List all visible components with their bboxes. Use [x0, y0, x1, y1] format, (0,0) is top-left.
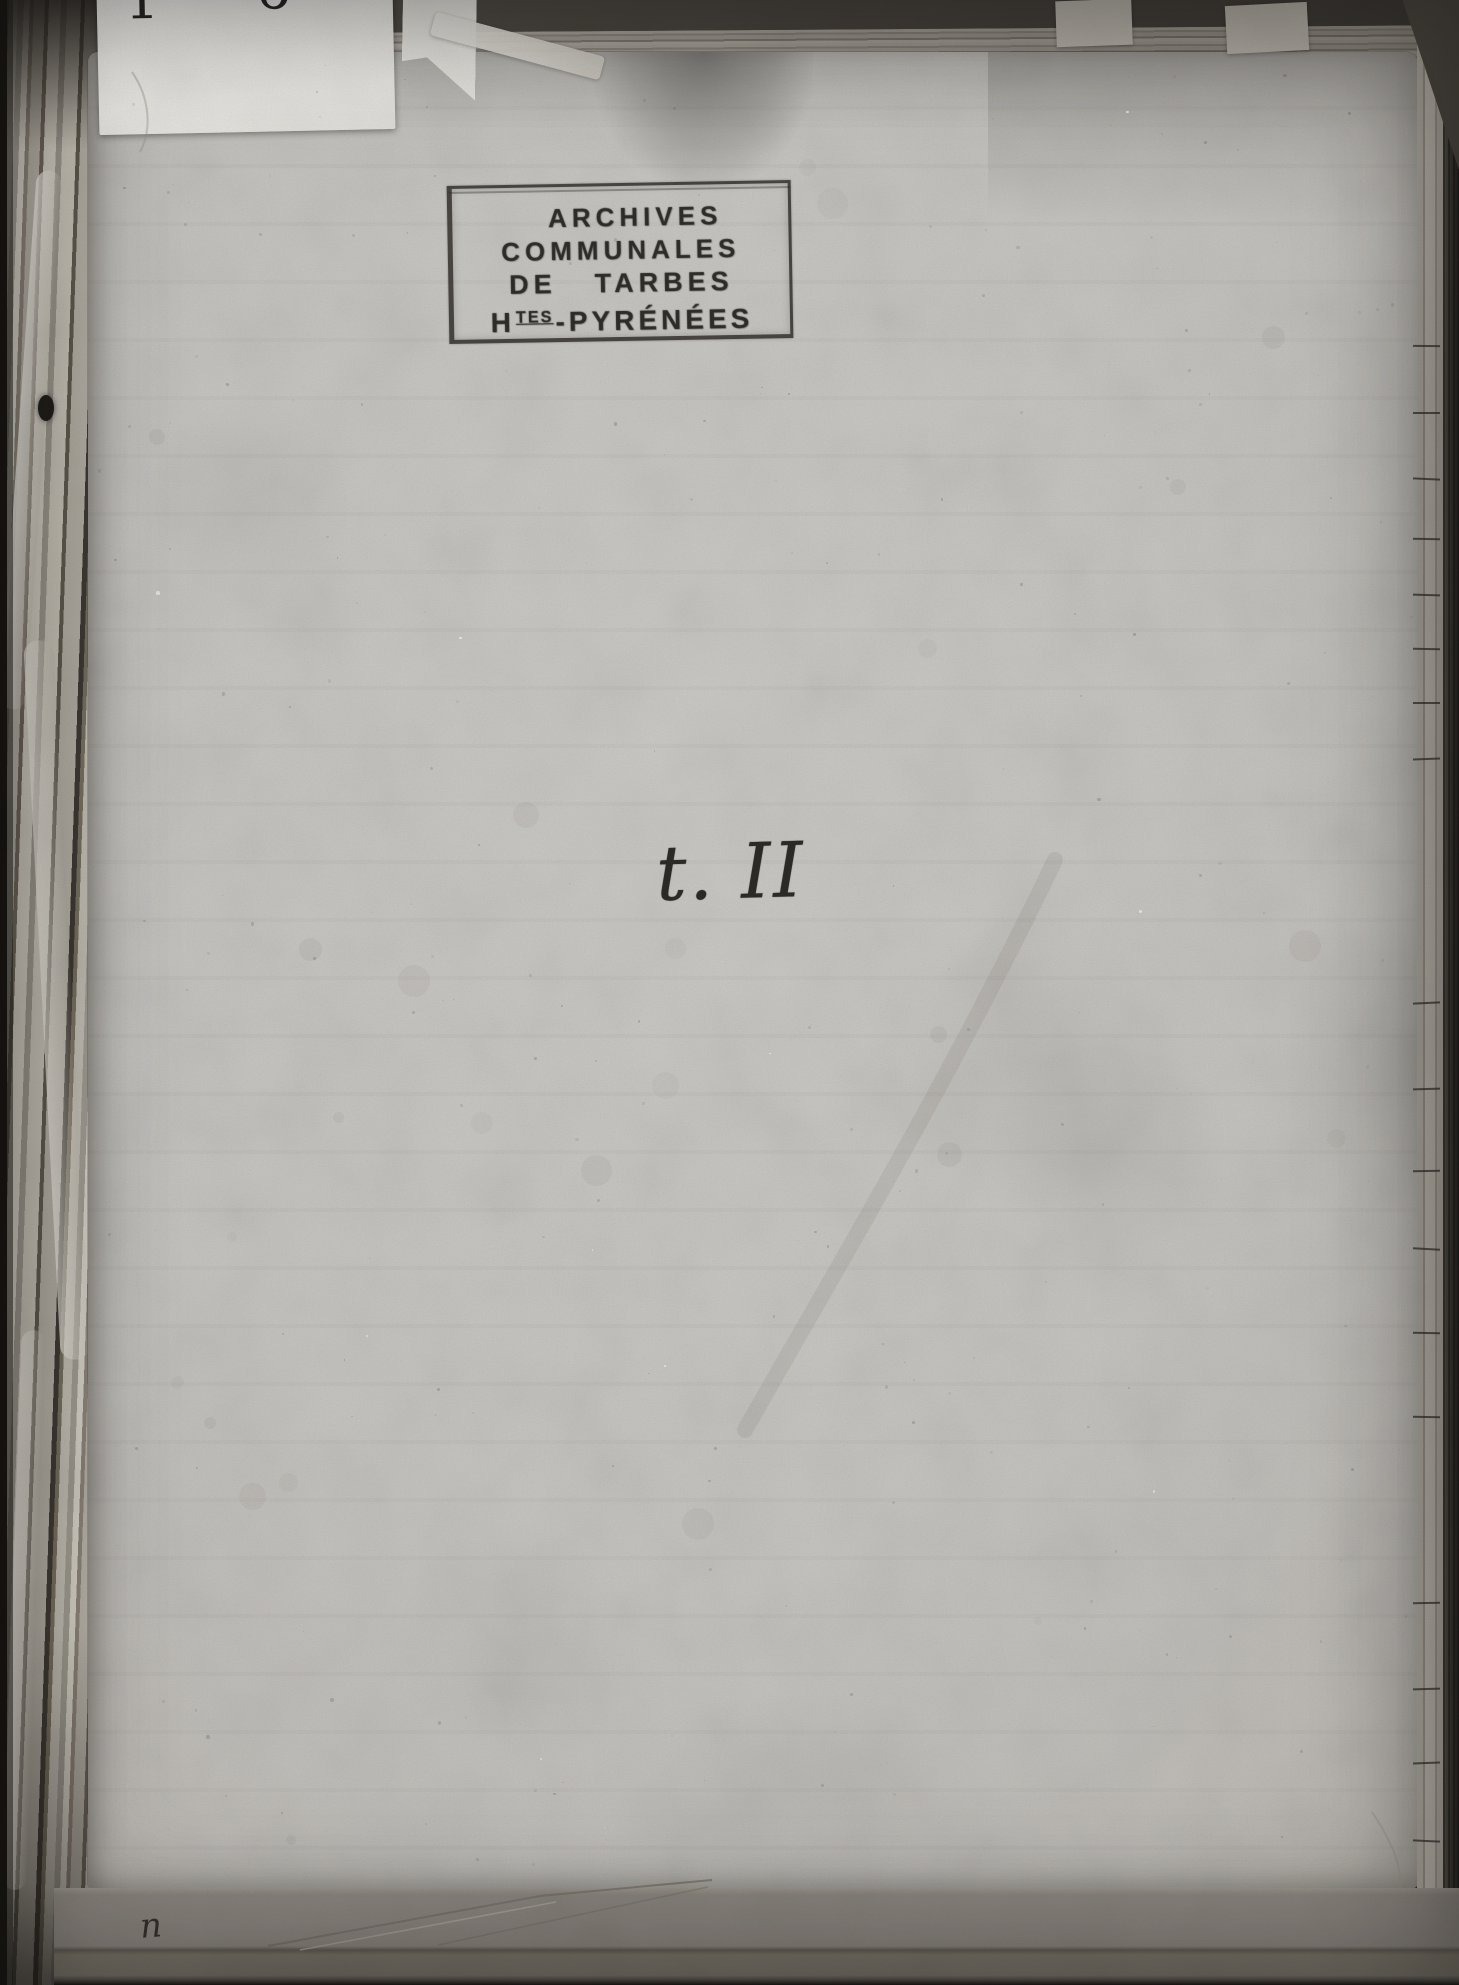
scanned-book-cover: ARCHIVES COMMUNALES DE TARBES HTES-PYRÉN… [0, 0, 1459, 1985]
left-dark-edge-shadow [7, 0, 13, 1985]
right-dark-edge [1443, 0, 1459, 1985]
archive-stamp: ARCHIVES COMMUNALES DE TARBES HTES-PYRÉN… [447, 180, 794, 344]
stamp-tes-superscript: TES [516, 308, 554, 327]
bottom-page-edges [54, 1888, 1459, 1985]
stitch-mark [1413, 345, 1440, 347]
stamp-line-communales: COMMUNALES [501, 233, 741, 268]
paper-stain [988, 52, 1420, 262]
paper-slip-large: 1 6 [97, 0, 396, 135]
bottom-ink-mark: n [139, 1905, 164, 1946]
slip-pen-mark: 1 [124, 0, 160, 32]
page-tab [1055, 0, 1133, 47]
paper-stain [588, 1692, 1008, 1892]
cover-page: ARCHIVES COMMUNALES DE TARBES HTES-PYRÉN… [88, 52, 1420, 1890]
stamp-line-htes-pyrenees: HTES-PYRÉNÉES [490, 299, 753, 339]
book-spine-binding [0, 0, 102, 1985]
stamp-line-archives: ARCHIVES [518, 200, 723, 235]
stamp-word-de: DE [509, 269, 557, 301]
right-page-edges [1417, 36, 1443, 1928]
stamp-pyrenees: -PYRÉNÉES [555, 303, 753, 337]
paper-stain [148, 392, 348, 612]
binding-crease [23, 640, 91, 1361]
binding-hole [38, 395, 54, 421]
paper-stain [388, 1522, 648, 1762]
paper-stain [1278, 902, 1428, 1222]
stamp-line-de-tarbes: DE TARBES [509, 266, 734, 301]
paper-stain [988, 1032, 1228, 1272]
slip-pen-mark: 6 [253, 0, 296, 24]
volume-label: t. II [655, 832, 806, 912]
stitch-mark [1413, 412, 1440, 414]
stamp-word-tarbes: TARBES [594, 266, 734, 299]
paper-stain [878, 912, 1178, 1212]
paper-stain [593, 52, 813, 187]
stitch-mark [1413, 1602, 1440, 1604]
stitch-mark [1413, 702, 1440, 704]
stamp-h: H [490, 307, 515, 338]
left-dark-edge [0, 0, 7, 1985]
page-tab [1225, 2, 1309, 54]
